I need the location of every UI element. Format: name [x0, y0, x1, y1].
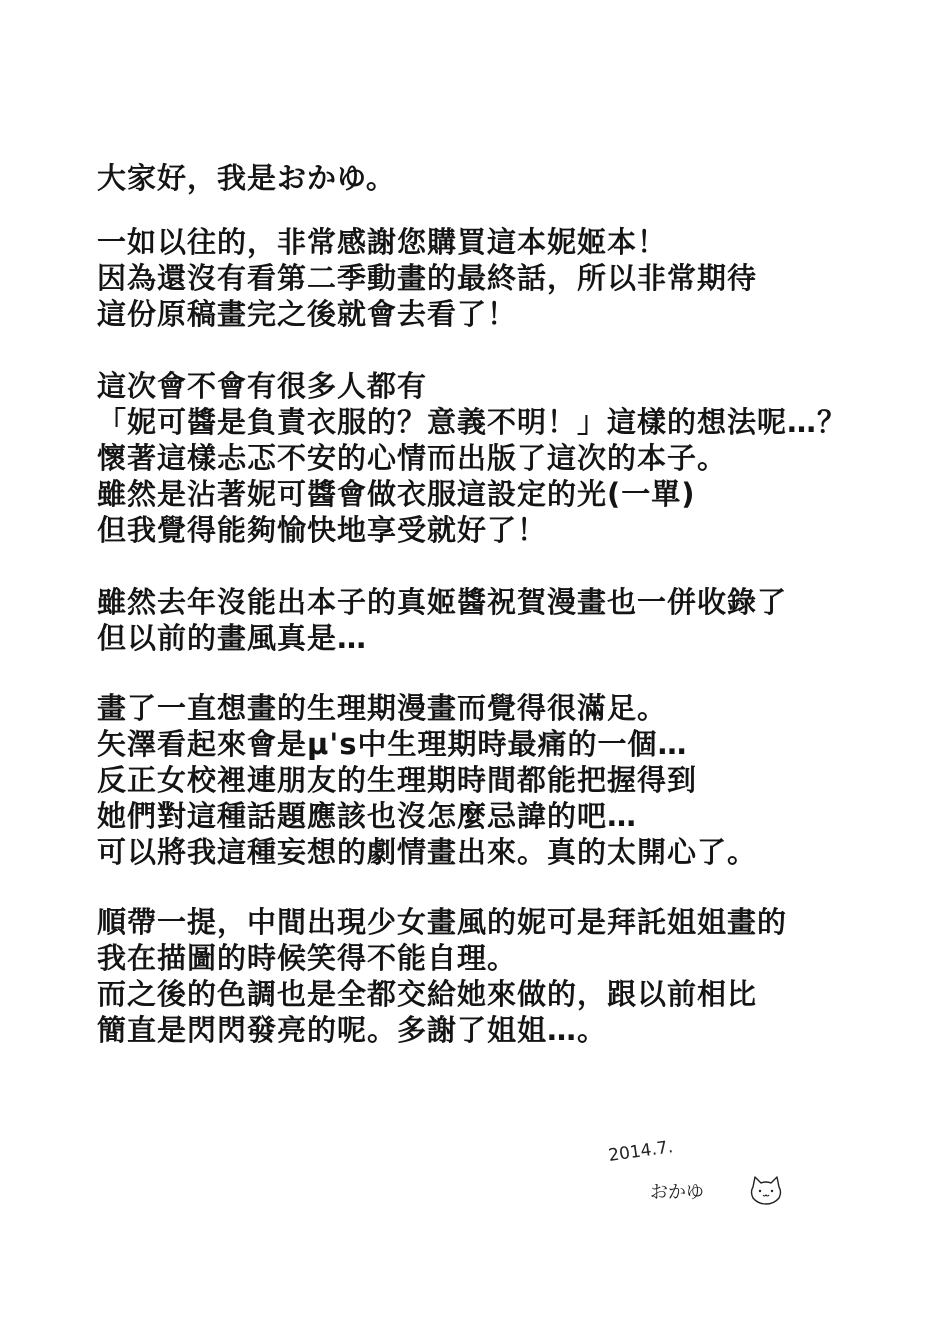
text-line: 大家好，我是おかゆ。 — [97, 160, 396, 196]
text-line: 而之後的色調也是全都交給她來做的，跟以前相比 — [97, 976, 787, 1012]
period-comic-paragraph: 畫了一直想畫的生理期漫畫而覺得很滿足。 矢澤看起來會是μ's中生理期時最痛的一個… — [97, 690, 757, 870]
text-line: 可以將我這種妄想的劇情畫出來。真的太開心了。 — [97, 834, 757, 870]
text-line: 順帶一提，中間出現少女畫風的妮可是拜託姐姐畫的 — [97, 904, 787, 940]
costume-paragraph: 這次會不會有很多人都有 「妮可醬是負責衣服的？意義不明！」這樣的想法呢…？ 懷著… — [97, 368, 847, 548]
text-line: 雖然是沾著妮可醬會做衣服這設定的光(一單) — [97, 476, 847, 512]
text-line: 「妮可醬是負責衣服的？意義不明！」這樣的想法呢…？ — [97, 404, 847, 440]
text-line: 懷著這樣忐忑不安的心情而出版了這次的本子。 — [97, 440, 847, 476]
thanks-paragraph: 一如以往的，非常感謝您購買這本妮姬本！ 因為還沒有看第二季動畫的最終話，所以非常… — [97, 224, 757, 332]
afterword-page: 大家好，我是おかゆ。 一如以往的，非常感謝您購買這本妮姬本！ 因為還沒有看第二季… — [0, 0, 941, 1338]
cat-face-doodle-icon — [748, 1174, 784, 1206]
text-line: 但以前的畫風真是… — [97, 620, 787, 656]
text-line: 這份原稿畫完之後就會去看了！ — [97, 296, 757, 332]
text-line: 簡直是閃閃發亮的呢。多謝了姐姐…。 — [97, 1012, 787, 1048]
text-line: 雖然去年沒能出本子的真姬醬祝賀漫畫也一併收錄了 — [97, 584, 787, 620]
text-line: 矢澤看起來會是μ's中生理期時最痛的一個… — [97, 726, 757, 762]
signature: 2014.7. おかゆ — [610, 1140, 790, 1210]
signature-author: おかゆ — [650, 1178, 704, 1204]
text-line: 畫了一直想畫的生理期漫畫而覺得很滿足。 — [97, 690, 757, 726]
text-line: 反正女校裡連朋友的生理期時間都能把握得到 — [97, 762, 757, 798]
text-line: 因為還沒有看第二季動畫的最終話，所以非常期待 — [97, 260, 757, 296]
greeting-paragraph: 大家好，我是おかゆ。 — [97, 160, 396, 196]
text-line: 但我覺得能夠愉快地享受就好了！ — [97, 512, 847, 548]
signature-date: 2014.7. — [607, 1137, 674, 1166]
text-line: 這次會不會有很多人都有 — [97, 368, 847, 404]
text-line: 她們對這種話題應該也沒怎麼忌諱的吧… — [97, 798, 757, 834]
text-line: 一如以往的，非常感謝您購買這本妮姬本！ — [97, 224, 757, 260]
birthday-comic-paragraph: 雖然去年沒能出本子的真姬醬祝賀漫畫也一併收錄了 但以前的畫風真是… — [97, 584, 787, 656]
text-line: 我在描圖的時候笑得不能自理。 — [97, 940, 787, 976]
sister-thanks-paragraph: 順帶一提，中間出現少女畫風的妮可是拜託姐姐畫的 我在描圖的時候笑得不能自理。 而… — [97, 904, 787, 1048]
